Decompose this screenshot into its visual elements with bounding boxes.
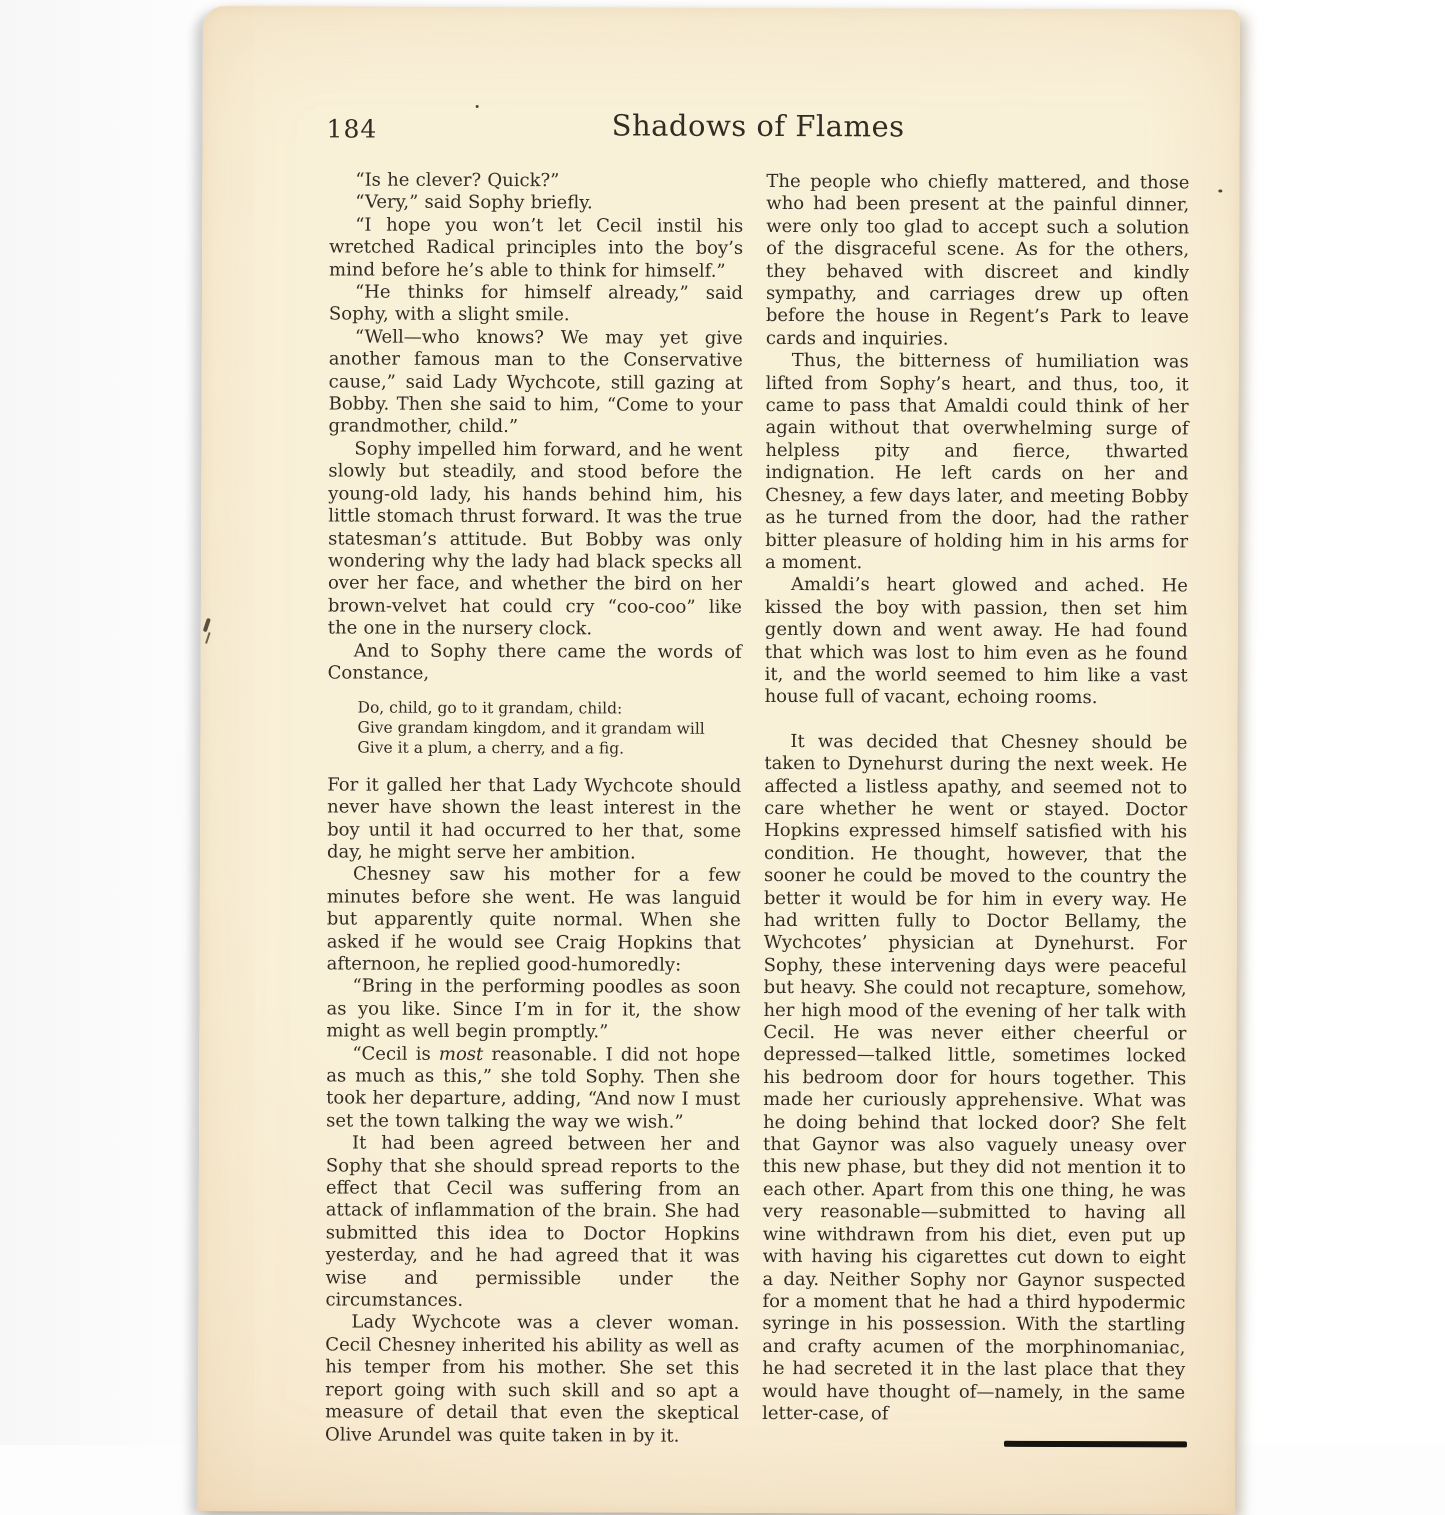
paragraph: For it galled her that Lady Wychcote sho…	[327, 774, 741, 865]
paragraph: The people who chiefly mattered, and tho…	[766, 171, 1190, 352]
paragraph: Lady Wychcote was a clever woman. Cecil …	[325, 1312, 739, 1445]
paragraph: “Well—who knows? We may yet give another…	[328, 326, 742, 439]
paragraph: “He thinks for himself already,” said So…	[329, 281, 743, 327]
cutoff-text-sliver	[1004, 1441, 1187, 1445]
paragraph: And to Sophy there came the words of Con…	[328, 640, 742, 686]
paragraph: “I hope you won’t let Cecil instil his w…	[329, 214, 743, 283]
paragraph: “Cecil is most reasonable. I did not hop…	[326, 1043, 740, 1134]
paragraph: Chesney saw his mother for a few minutes…	[327, 864, 741, 977]
text-column-right: The people who chiefly mattered, and tho…	[762, 171, 1189, 1445]
scan-speck	[476, 105, 479, 108]
paragraph: It had been agreed between her and Sophy…	[325, 1133, 740, 1314]
paragraph: Thus, the bitterness of humiliation was …	[765, 350, 1189, 576]
margin-ink-mark	[203, 618, 211, 633]
book-page: 184 Shadows of Flames “Is he clever? Qui…	[198, 6, 1240, 1445]
text-block: “Is he clever? Quick?”“Very,” said Sophy…	[325, 169, 1189, 1445]
running-head-title: Shadows of Flames	[330, 107, 1187, 144]
paragraph: Amaldi’s heart glowed and ached. He kiss…	[765, 574, 1188, 710]
paragraph: “Very,” said Sophy briefly.	[329, 192, 743, 216]
paragraph: “Is he clever? Quick?”	[329, 169, 743, 193]
scan-speck	[1218, 190, 1222, 193]
text-column-left: “Is he clever? Quick?”“Very,” said Sophy…	[325, 169, 743, 1445]
paragraph: “Bring in the performing poodles as soon…	[326, 976, 740, 1045]
verse-quote: Do, child, go to it grandam, child:Give …	[357, 699, 741, 760]
paragraph: Sophy impelled him forward, and he went …	[328, 438, 743, 641]
paragraph: It was decided that Chesney should be ta…	[762, 731, 1187, 1427]
